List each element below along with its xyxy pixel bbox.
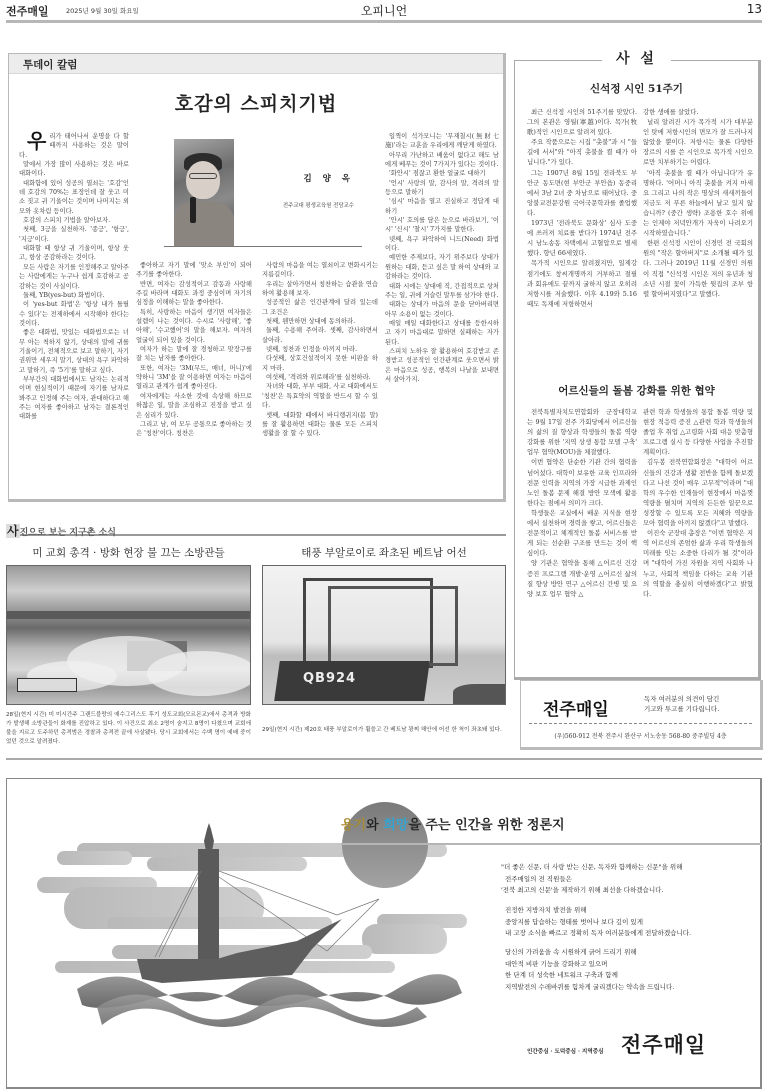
author-name: 김 양 옥 bbox=[303, 172, 354, 184]
editorial-1-col-1: 최근 신석정 시인의 51주기를 맞았다. 그의 본관은 영월(寧越)이다. 목… bbox=[527, 107, 637, 309]
newspaper-promo-ad: 용기와 희망을 주는 인간을 위한 정론지 "더 좋은 신문, 더 사랑 받는 … bbox=[6, 778, 762, 1089]
masthead: 전주매일 2025년 9월 30일 화요일 오피니언 13 bbox=[6, 0, 762, 22]
photo-title-2: 태풍 부알로이로 좌초된 베트남 어선 bbox=[262, 545, 506, 560]
author-title: 전주교대 평생교육원 전담교수 bbox=[283, 201, 354, 209]
contrib-message: 독자 여러분의 의견이 담긴 기고와 투고를 기다립니다. bbox=[644, 694, 719, 714]
editorial-section: 사 설 신석정 시인 51주기 최근 신석정 시인의 51주기를 맞았다. 그의… bbox=[514, 60, 761, 680]
dropcap: 우 bbox=[27, 132, 46, 150]
editorial-headline-1: 신석정 시인 51주기 bbox=[515, 81, 758, 96]
ad-slogan: 용기와 희망을 주는 인간을 위한 정론지 bbox=[341, 814, 565, 833]
microphone-icon bbox=[190, 197, 196, 223]
photo-church-fire bbox=[6, 565, 251, 705]
ad-brand-logo: 전주매일 bbox=[621, 1029, 706, 1059]
contribution-notice: 전주매일 독자 여러분의 의견이 담긴 기고와 투고를 기다립니다. (우)56… bbox=[520, 680, 763, 750]
dashed-divider bbox=[529, 723, 752, 724]
photo-caption-1: 28일(현지 시간) 미 미시간주 그랜드블랑의 예수그리스도 후기 성도교회(… bbox=[6, 711, 251, 747]
ad-divider bbox=[341, 843, 761, 845]
ad-tagline: 인간중심 · 도덕중심 · 지역중심 bbox=[527, 1047, 604, 1055]
column-header: 투데이 칼럼 bbox=[9, 54, 503, 74]
author-byline: 김 양 옥 전주교대 평생교육원 전담교수 bbox=[164, 139, 364, 254]
column-headline: 호감의 스피치기법 bbox=[9, 89, 503, 116]
author-photo bbox=[174, 139, 234, 247]
ad-paragraph-3: 당신의 가려움을 속 시원하게 긁어 드리기 위해 대안적 비판 기능을 강화하… bbox=[505, 947, 674, 993]
today-column: 투데이 칼럼 호감의 스피치기법 우리가 태어나서 운명을 다 할 때까지 사용… bbox=[8, 53, 506, 502]
editorial-1-col-2: 강한 생애를 살았다. 널리 알려진 시가 목가적 시가 대부분인 탓에 저항시… bbox=[643, 107, 753, 299]
photo-title-1: 미 교회 총격 · 방화 현장 불 끄는 소방관들 bbox=[6, 545, 251, 560]
section-title: 오피니언 bbox=[6, 2, 762, 19]
fire-truck bbox=[17, 678, 77, 692]
masthead-divider bbox=[6, 20, 762, 23]
editorial-2-col-2: 관련 학과 학생들의 통합 돌봄 역량 및 현장 적응력 증진 △관련 학과 학… bbox=[643, 407, 753, 599]
section-divider bbox=[6, 758, 762, 760]
editorial-2-col-1: 전북특별자치도연합회와 군장대학교는 9월 17일 전주 가회당에서 어르신들의… bbox=[527, 407, 637, 599]
ad-paragraph-2: 진정한 지방자치 발전을 위해 중앙지를 답습하는 형태를 벗어나 보다 깊이 … bbox=[505, 905, 691, 940]
column-text-col-3: 사람의 마음을 여는 열쇠이고 변화시키는 지름길이다. 우리는 살아가면서 칭… bbox=[262, 261, 378, 439]
contrib-brand-logo: 전주매일 bbox=[543, 695, 609, 720]
ad-paragraph-1: "더 좋은 신문, 더 사랑 받는 신문, 독자와 함께하는 신문"을 위해 전… bbox=[501, 862, 682, 897]
byline-divider bbox=[164, 246, 362, 247]
photo-news-header: 사진으로 보는 지구촌 소식 bbox=[6, 520, 506, 536]
contrib-address: (우)560-912 전북 전주시 완산구 서노송동 568-80 중주빌딩 4… bbox=[521, 731, 760, 740]
column-text-col-4: 일찍이 석가모니는 '무재칠시(無財七施)'라는 교훈을 우리에게 깨닫게 하였… bbox=[385, 132, 499, 384]
column-text-col-1: 우리가 태어나서 운명을 다 할 때까지 사용하는 것은 말이다. 말에서 가장… bbox=[19, 132, 129, 422]
photo-caption-2: 29일(현지 시간) 제20호 태풍 부알로이가 휩쓸고 간 베트남 꽝찌 해안… bbox=[262, 726, 506, 735]
editorial-label: 사 설 bbox=[515, 48, 758, 68]
column-text-col-2: 좋아하고 자기 말에 '맞소 부인'이 되어 주기를 좋아한다. 반면, 여자는… bbox=[136, 261, 252, 439]
column-header-label: 투데이 칼럼 bbox=[23, 57, 77, 72]
hull-number: QB924 bbox=[303, 671, 356, 686]
photo-stranded-boat: QB924 bbox=[262, 565, 506, 705]
editorial-headline-2: 어르신들의 돌봄 강화를 위한 협약 bbox=[515, 383, 758, 398]
page-number: 13 bbox=[747, 2, 762, 16]
